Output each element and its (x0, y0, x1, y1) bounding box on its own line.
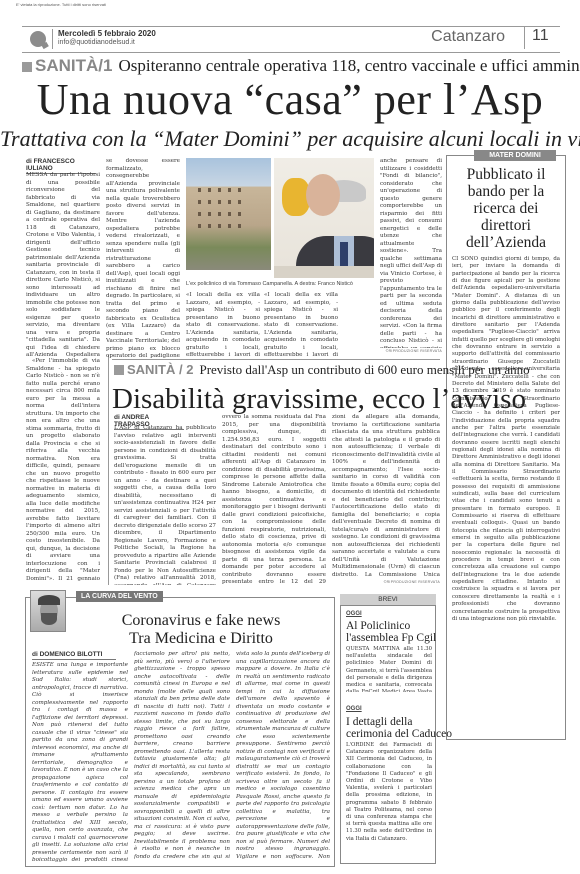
sidebar-title: Pubblicato il bando per la ricerca dei d… (448, 166, 564, 251)
article2-tag: SANITÀ / 2 (127, 362, 193, 377)
header-bottom-rule (22, 52, 560, 53)
article2-reserved: ©RIPRODUZIONE RISERVATA (332, 580, 440, 584)
article1-subtitle: Trattativa con la “Mater Domini” per acq… (0, 126, 580, 152)
curva-column-2: facciamolo per altro! più netto, più ser… (134, 651, 230, 861)
curva-title-line2: Tra Medicina e Diritto (66, 630, 336, 648)
franco-nistico-photo (274, 158, 374, 278)
article1-reserved: ©RIPRODUZIONE RISERVATA (380, 349, 442, 353)
brevi-header: BREVI (340, 594, 436, 606)
article2-title: Disabilità gravissime, ecco l’avviso (112, 383, 526, 416)
copyright-notice: E' vietata la riproduzione. Tutti i diri… (16, 2, 106, 7)
article1-kicker-text: Ospiteranno centrale operativa 118, cent… (118, 56, 580, 75)
sidebar-body: CI SONO quindici giorni di tempo, da ier… (452, 256, 560, 736)
brevi-item-1-label: OGGI (346, 611, 362, 617)
article2-kicker-text: Previsto dall'Asp un contributo di 600 e… (199, 362, 529, 377)
article2-column-2: ovvero la somma residuata dal Fna 2015, … (222, 414, 326, 585)
curva-tag: LA CURVA DEL VENTO (76, 591, 163, 602)
article2-top-rule (112, 359, 440, 360)
article1-title: Una nuova “casa” per l’Asp (0, 74, 580, 125)
curva-title-line1: Coronavirus e fake news (66, 612, 336, 630)
header-date: Mercoledì 5 febbraio 2020 (58, 29, 156, 38)
square-bullet-icon (22, 62, 32, 72)
quotidiano-logo-icon (30, 31, 46, 47)
article1-column-2: se dovesse essere formalizzato, consegne… (106, 158, 180, 358)
header-divider-page (524, 27, 525, 49)
article1-column-1: MESSA da parte l'ipotesi di una possibil… (26, 172, 100, 357)
brevi-item-1-title-2: l'assemblea Fp Cgil (346, 632, 436, 644)
brevi-item-2-title-2: cerimonia del Caduceo (346, 728, 452, 740)
policlinico-photo (186, 158, 271, 270)
curva-byline: di DOMENICO BILOTTI (32, 651, 116, 660)
curva-column-3: vista solo la punta dell'iceberg di una … (236, 651, 330, 861)
header-section: Catanzaro (431, 28, 505, 46)
article2-column-3: zioni da allegare alla domanda, troviamo… (332, 414, 440, 578)
article2-kicker: SANITÀ / 2Previsto dall'Asp un contribut… (114, 362, 530, 378)
brevi-item-2-title-1: I dettagli della (346, 716, 412, 728)
article1-column-3b: «I locali della ex villa Lazzaro, ad ese… (264, 292, 338, 357)
brevi-item-2-body: L'ORDINE dei Farmacisti di Catanzaro org… (346, 742, 432, 860)
photo-caption: L'ex policlinico di via Tommaso Campanel… (186, 281, 353, 287)
author-portrait (30, 590, 66, 632)
page-number: 11 (532, 27, 549, 45)
article1-tag: SANITÀ/1 (35, 56, 112, 75)
article1-column-4: anche pensare di utilizzare i cosiddetti… (380, 158, 442, 348)
article2-column-1: L'ASP di Catanzaro ha pubblicato l'avvis… (114, 425, 216, 585)
header-email[interactable]: info@quotidianodelsud.it (58, 39, 135, 46)
article1-column-3: «I locali della ex villa Lazzaro, ad ese… (186, 292, 260, 357)
header-divider (52, 29, 53, 49)
square-bullet-icon (114, 365, 124, 375)
brevi-item-2-label: OGGI (346, 706, 362, 712)
header-top-rule (22, 26, 560, 27)
brevi-item-1-body: QUESTA MATTINA alle 11.30 nell'auletta s… (346, 646, 432, 692)
column-rule (108, 355, 109, 585)
curva-column-1: ESISTE una lunga e importante letteratur… (32, 662, 128, 862)
brevi-item-1-title-1: Al Policlinico (346, 620, 410, 632)
article1-kicker: SANITÀ/1Ospiteranno centrale operativa 1… (22, 56, 580, 76)
sidebar-tag: MATER DOMINI (474, 150, 556, 161)
article1-column-1b: «Per l'immobile di via Smaldone - ha spi… (26, 358, 100, 583)
